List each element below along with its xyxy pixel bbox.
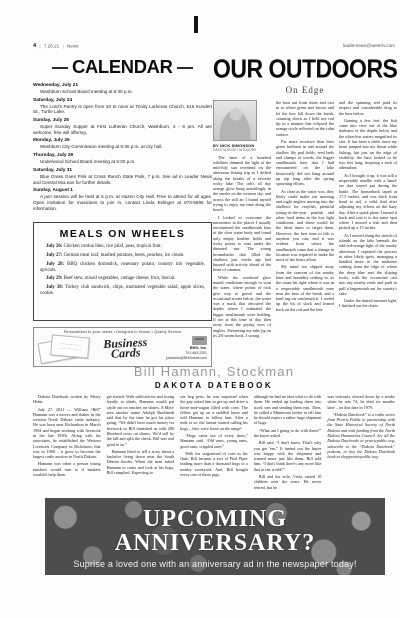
article-paragraph: Bill said, “I don't know. That's why you…	[254, 440, 322, 472]
printing-press-icon	[192, 336, 207, 345]
folio-separator: |	[39, 44, 40, 49]
anniversary-ad-banner: UPCOMING ANNIVERSARY? Suprise a loved on…	[45, 498, 385, 575]
meal-entry: July 27: German meat loaf, mashed potato…	[40, 253, 205, 259]
calendar-entry: Wednesday, July 21 Washburn School Board…	[33, 83, 212, 95]
meal-entry-day: July 28:	[46, 262, 64, 267]
article-paragraph: The haze of a hundred wildfires dimmed t…	[213, 155, 271, 213]
meals-on-wheels-box: MEALS ON WHEELS July 26: Chicken cordon …	[33, 222, 212, 321]
outdoors-title: OUR OUTDOORS	[213, 54, 397, 84]
ad-title-line2: Cards	[90, 347, 161, 361]
calendar-entry-text: Blue Grass Goes Pink at Cross Ranch Stat…	[33, 174, 212, 185]
datebook-column-2: get started. With solid advice and stron…	[107, 394, 175, 496]
meal-entry: July 28: BBQ chicken drumstick, rosemary…	[40, 262, 205, 274]
article-paragraph: was seriously slowed down by a stroke wh…	[327, 394, 395, 410]
meal-entry-day: July 30:	[46, 285, 63, 290]
datebook-column-4: although he had no idea what to do with …	[254, 394, 322, 496]
outdoors-columns: BY NICK SIMONSON DAKOTA EDGE OUTDOORS Th…	[213, 100, 397, 350]
page-header: 4 | 7.26.21 | News leadernews@westriv.co…	[33, 43, 395, 49]
calendar-entry-text: Washburn City Commission meeting at 6:30…	[33, 144, 212, 150]
calendar-entry: Monday, July 26 Washburn City Commission…	[33, 138, 212, 150]
datebook-column-5: was seriously slowed down by a stroke wh…	[327, 394, 395, 496]
article-paragraph: With his wagonload of corn as his flute,…	[180, 451, 248, 477]
meal-entry-day: July 29:	[46, 276, 62, 281]
folio-separator: |	[63, 44, 64, 49]
meal-entry-day: July 27:	[46, 253, 62, 258]
article-paragraph: Dakota Datebook written by Merry Helm.	[33, 394, 101, 405]
article-paragraph: Hamann was often a person young ranchers…	[33, 461, 101, 477]
article-paragraph-credit: “Dakota Datebook” is a radio series from…	[327, 412, 395, 460]
meal-entry-menu: BBQ chicken drumstick, rosemary potato, …	[40, 262, 205, 273]
calendar-title: CALENDAR	[67, 57, 178, 78]
article-paragraph: the boat out from shore and cast in to w…	[276, 100, 334, 137]
page-number: 4	[33, 43, 36, 49]
ad-tagline: Personalized to your needs • Designed In…	[38, 330, 207, 334]
calendar-entry: Thursday, July 29 Underwood School Board…	[33, 153, 212, 165]
article-paragraph: While the overhead glow muted conditions…	[213, 275, 271, 338]
ad-title: Business Cards	[90, 336, 162, 360]
article-paragraph: although he had no idea what to do with …	[254, 394, 322, 426]
banner-title: UPCOMING ANNIVERSARY?	[45, 507, 385, 555]
calendar-entry: Sunday, July 25 Super Sunday Supper at F…	[33, 118, 212, 135]
meal-entry: July 30: Turkey club sandwich, chips, ma…	[40, 285, 205, 297]
ad-content-row: Business Cards BHG, Inc. 701-463-2201 jo…	[38, 335, 207, 362]
title-rule-right	[177, 67, 193, 69]
calendar-entry-text: Underwood School Board meeting at 6:30 p…	[33, 159, 212, 165]
business-cards-image	[38, 335, 90, 362]
meal-entry: July 29: Beef stew, mixed vegetables, co…	[40, 276, 205, 282]
page-date: 7.26.21	[44, 44, 59, 49]
calendar-section: CALENDAR Wednesday, July 21 Washburn Sch…	[33, 57, 212, 214]
article-paragraph: and the spinning reel paid its respect a…	[339, 100, 397, 116]
article-paragraph: I looked to overcome the uneasiness in t…	[213, 215, 271, 273]
calendar-title-row: CALENDAR	[33, 57, 212, 78]
datebook-column-1: Dakota Datebook written by Merry Helm. J…	[33, 394, 101, 496]
banner-subtitle: Suprise a loved one with an anniversary …	[45, 559, 385, 569]
article-paragraph: Gaining a few feet, the fish came into v…	[339, 118, 397, 171]
outdoors-article: OUR OUTDOORS On Edge BY NICK SIMONSON DA…	[213, 54, 397, 350]
outdoors-column-3: and the spinning reel paid its respect a…	[339, 100, 397, 350]
calendar-entry-text: Super Sunday Supper at First Lutheran Ch…	[33, 124, 212, 135]
print-artifact-mark	[194, 16, 198, 33]
calendar-entry-text: Washburn School Board meeting at 6:30 p.…	[33, 89, 212, 95]
article-paragraph: Bill and his wife, Viola, raised 10 chil…	[254, 474, 322, 490]
article-paragraph: As clear as the water was, they likely c…	[276, 189, 334, 263]
article-paragraph: get started. With solid advice and stron…	[107, 394, 175, 447]
meal-entry-menu: Turkey club sandwich, chips, marinated v…	[40, 285, 205, 296]
datebook-title: DAKOTA DATEBOOK	[33, 381, 395, 390]
article-paragraph: Far more secretive than their green bret…	[276, 139, 334, 187]
meal-entry-menu: Beef stew, mixed vegetables, cottage che…	[64, 276, 176, 281]
calendar-entry: Sunday, August 1 A jam session will be h…	[33, 188, 212, 211]
meal-entry-day: July 26:	[46, 244, 62, 249]
contact-email: leadernews@westriv.com	[343, 43, 395, 49]
datebook-article: Bill Hamann, Stockman DAKOTA DATEBOOK Da…	[33, 364, 395, 496]
article-paragraph: “Hogs came out of every draw,” Hamann sa…	[180, 433, 248, 449]
article-paragraph: As I moved along the stretch of islands …	[339, 233, 397, 296]
title-rule-left	[52, 67, 68, 69]
meal-entry: July 26: Chicken cordon bleu, rice pilaf…	[40, 244, 205, 250]
article-paragraph: “What am I going to do with them?” the b…	[254, 428, 322, 439]
outdoors-column-2: the boat out from shore and cast in to w…	[276, 100, 334, 350]
newspaper-page: 4 | 7.26.21 | News leadernews@westriv.co…	[0, 0, 400, 618]
meal-entry-menu: German meat loaf, mashed potatoes, beets…	[64, 253, 185, 258]
calendar-entry-text: The Lord's Pantry is open from 10 to noo…	[33, 104, 212, 115]
ad-contact-block: BHG, Inc. 701-463-2201 jobworks@BHGnews.…	[161, 336, 207, 361]
banner-call-to-action: CALL 701.462.8126 FOR MORE INFORMATION:	[45, 574, 385, 575]
meal-entry-menu: Chicken cordon bleu, rice pilaf, peas, t…	[64, 244, 162, 249]
article-paragraph: July 27, 2021 — William “Bill” Hamann wa…	[33, 407, 101, 460]
byline-organization: DAKOTA EDGE OUTDOORS	[213, 148, 271, 152]
article-paragraph: Under the muted summer light, I finished…	[339, 298, 397, 309]
article-paragraph: Hamann liked to tell a story about a bac…	[107, 449, 175, 475]
article-paragraph: As I brought it up, it was still a respe…	[339, 173, 397, 231]
calendar-entry: Saturday, July 24 The Lord's Pantry is o…	[33, 98, 212, 115]
datebook-columns: Dakota Datebook written by Merry Helm. J…	[33, 394, 395, 496]
datebook-column-3: see hog pens, he was surprised when the …	[180, 394, 248, 496]
outdoors-column-1: BY NICK SIMONSON DAKOTA EDGE OUTDOORS Th…	[213, 100, 271, 350]
calendar-entry: Saturday, July 31 Blue Grass Goes Pink a…	[33, 168, 212, 185]
ad-email: jobworks@BHGnews.com	[161, 356, 207, 361]
article-paragraph: see hog pens, he was surprised when the …	[180, 394, 248, 431]
business-cards-ad: Personalized to your needs • Designed In…	[33, 327, 212, 367]
calendar-entry-text: A jam session will be held at 6 p.m. at …	[33, 194, 212, 211]
meals-title: MEALS ON WHEELS	[40, 228, 205, 240]
business-card-graphic	[50, 334, 90, 358]
page-section: News	[67, 44, 79, 49]
outdoors-subtitle: On Edge	[213, 85, 397, 95]
datebook-headline: Bill Hamann, Stockman	[33, 364, 395, 379]
article-paragraph: My mind too slipped away from the concer…	[276, 264, 334, 312]
page-folio: 4 | 7.26.21 | News	[33, 43, 78, 49]
author-photo	[213, 100, 257, 141]
